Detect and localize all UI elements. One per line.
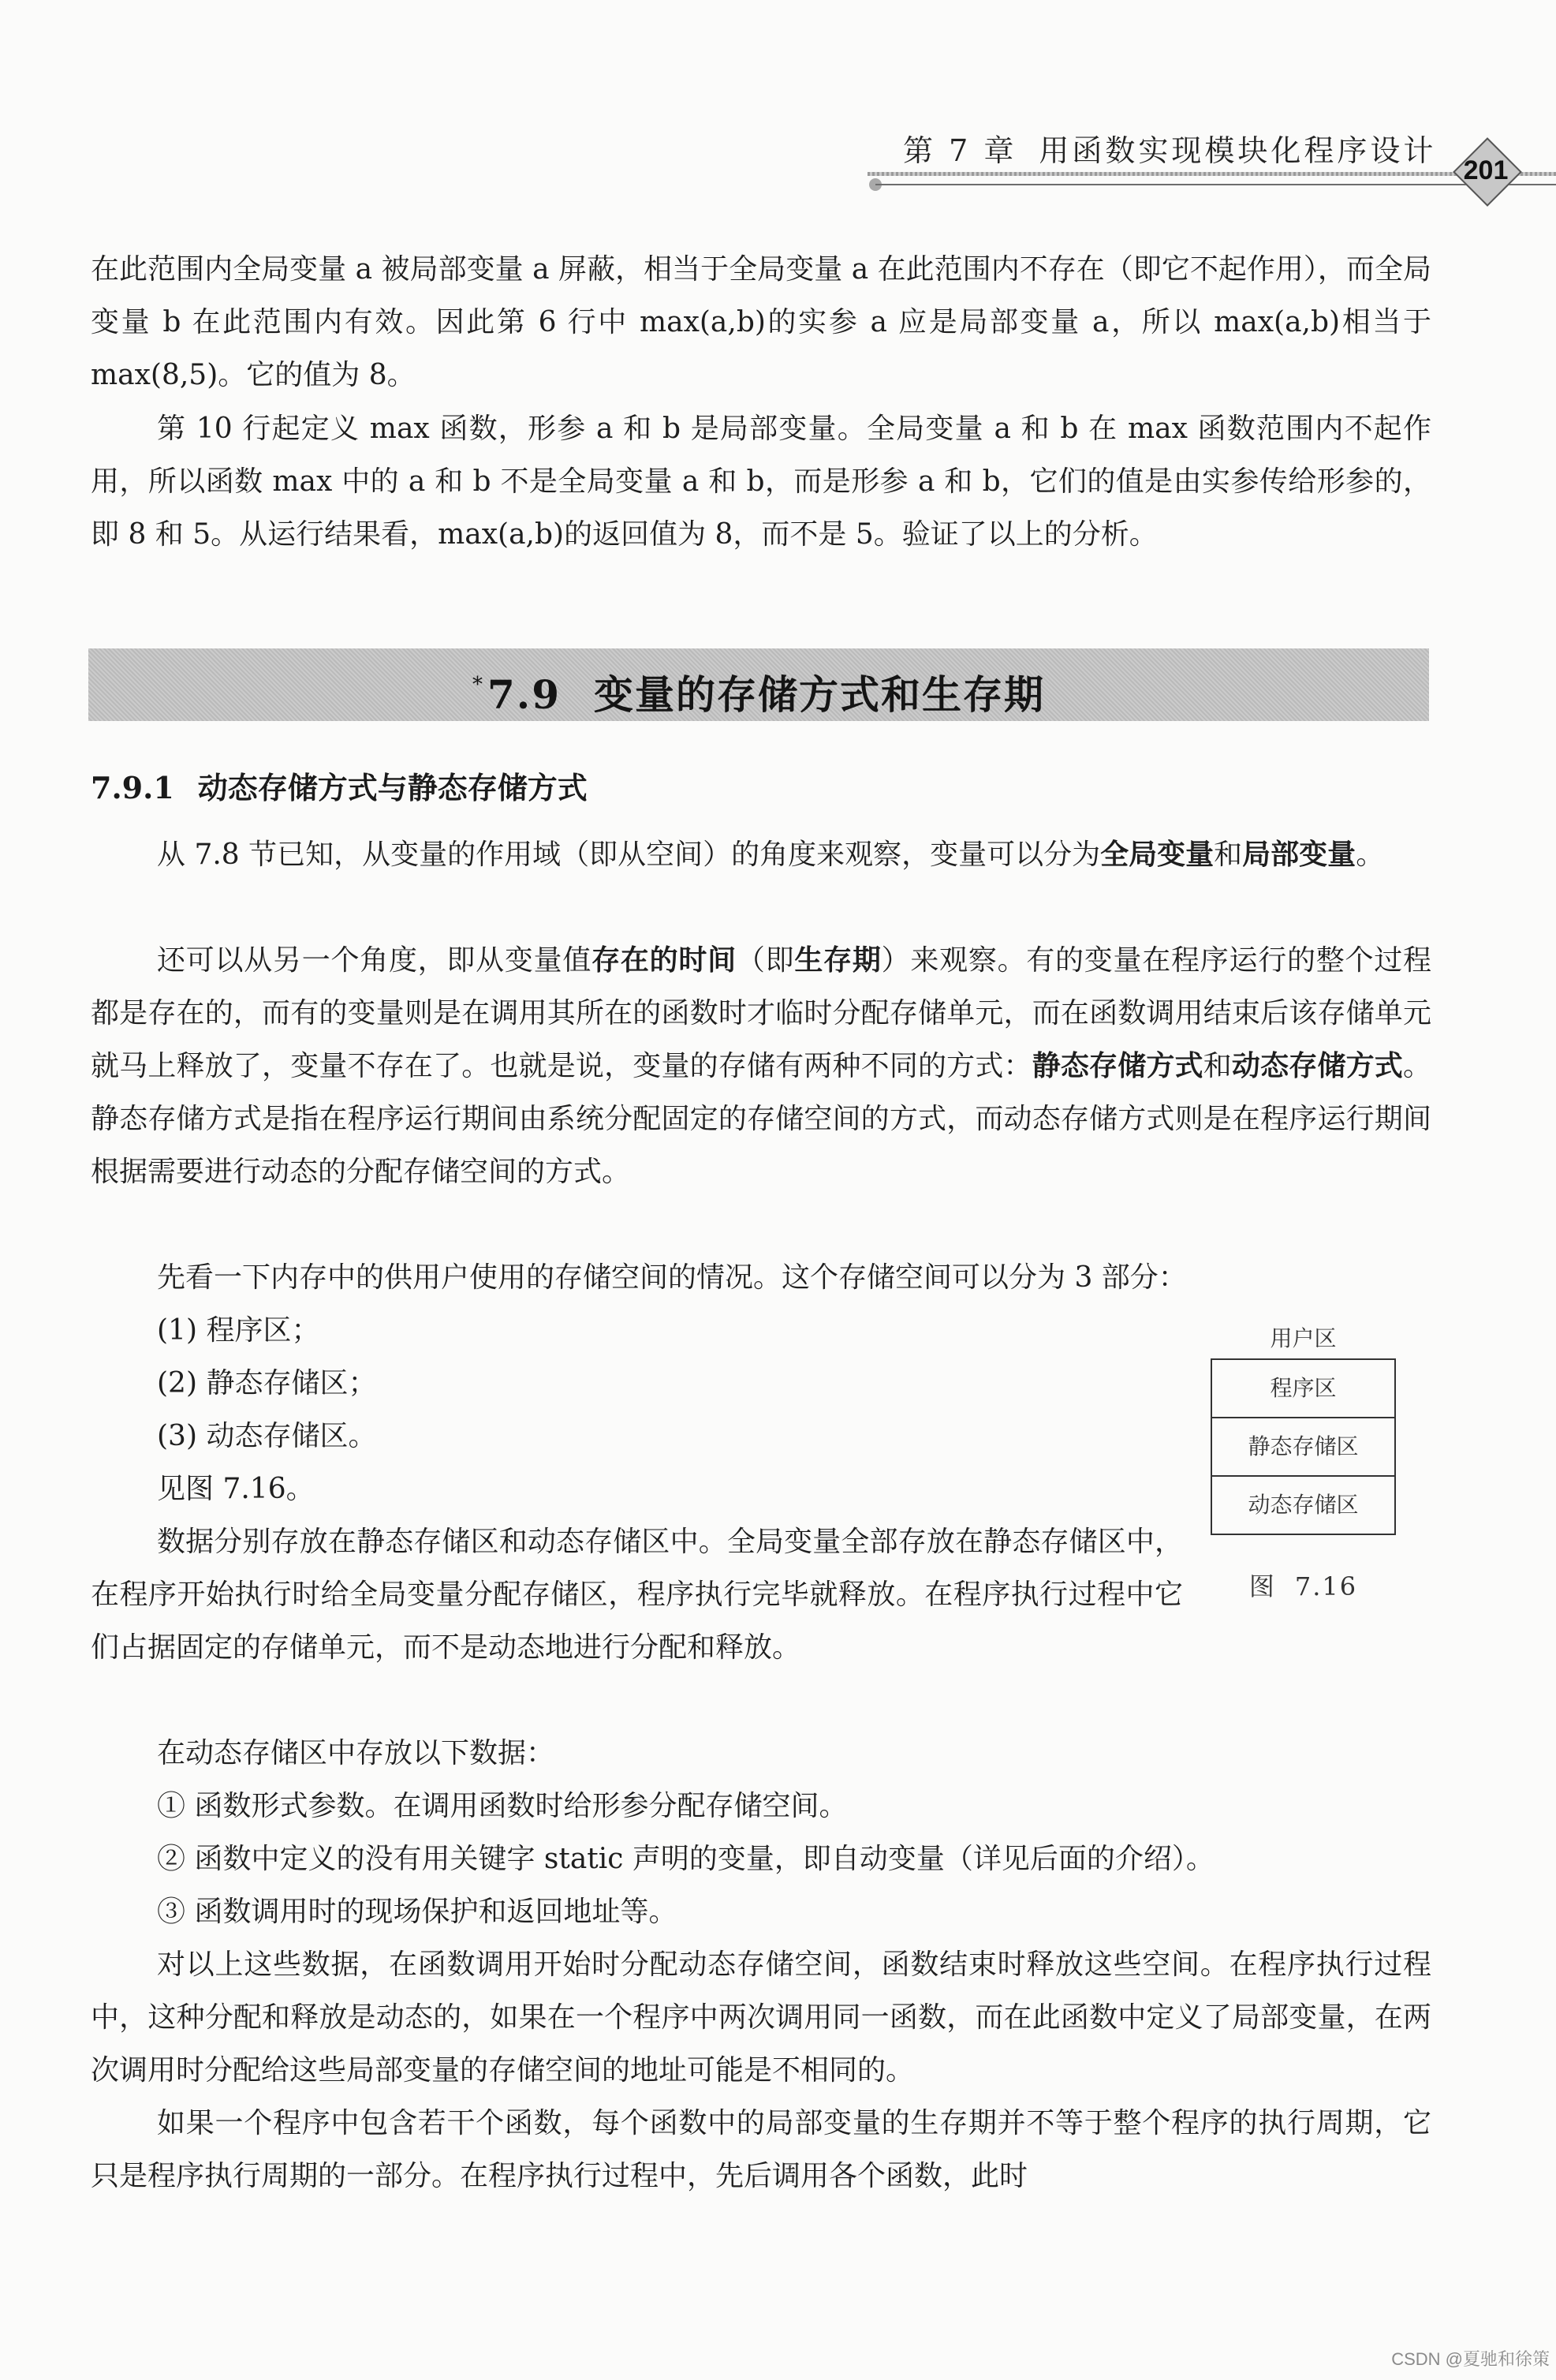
optional-section-marker: * — [472, 673, 484, 697]
text-run: （即 — [737, 944, 795, 977]
figure-caption-label: 图 — [1249, 1571, 1276, 1601]
term-global-variable: 全局变量 — [1100, 839, 1214, 871]
chapter-number: 第 7 章 — [903, 133, 1017, 168]
term-lifetime: 生存期 — [794, 944, 881, 977]
term-dynamic-storage: 动态存储方式 — [1232, 1050, 1403, 1082]
chapter-name: 用函数实现模块化程序设计 — [1039, 133, 1436, 168]
list-item: ② 函数中定义的没有用关键字 static 声明的变量，即自动变量（详见后面的介… — [91, 1833, 1431, 1885]
body-paragraph-6: 对以上这些数据，在函数调用开始时分配动态存储空间，函数结束时释放这些空间。在程序… — [91, 1938, 1431, 2097]
body-paragraph-3-block: 先看一下内存中的供用户使用的存储空间的情况。这个存储空间可以分为 3 部分： — [91, 1251, 1431, 1304]
page-number: 201 — [1453, 138, 1518, 203]
body-paragraph-7: 如果一个程序中包含若干个函数，每个函数中的局部变量的生存期并不等于整个程序的执行… — [91, 2097, 1431, 2203]
text-run: 还可以从另一个角度，即从变量值 — [157, 944, 591, 977]
subsection-number: 7.9.1 — [91, 770, 174, 805]
intro-paragraph-2-block: 第 10 行起定义 max 函数，形参 a 和 b 是局部变量。全局变量 a 和… — [91, 402, 1431, 561]
figure-top-label: 用户区 — [1211, 1319, 1396, 1358]
memory-region-program: 程序区 — [1212, 1360, 1394, 1418]
subsection-title: 动态存储方式与静态存储方式 — [198, 771, 588, 805]
body-paragraph-3: 先看一下内存中的供用户使用的存储空间的情况。这个存储空间可以分为 3 部分： — [91, 1251, 1431, 1304]
body-paragraph-4: 数据分别存放在静态存储区和动态存储区中。全局变量全部存放在静态存储区中，在程序开… — [91, 1515, 1183, 1674]
figure-7-16: 用户区 程序区 静态存储区 动态存储区 图7.16 — [1211, 1319, 1396, 1603]
term-existence-time: 存在的时间 — [591, 944, 737, 977]
body-paragraph-1: 从 7.8 节已知，从变量的作用域（即从空间）的角度来观察，变量可以分为全局变量… — [91, 828, 1431, 881]
page-number-badge: 201 — [1453, 138, 1518, 203]
body-paragraph-2-block: 还可以从另一个角度，即从变量值存在的时间（即生存期）来观察。有的变量在程序运行的… — [91, 934, 1431, 1198]
term-local-variable: 局部变量 — [1242, 839, 1356, 871]
intro-paragraph-2: 第 10 行起定义 max 函数，形参 a 和 b 是局部变量。全局变量 a 和… — [91, 402, 1431, 561]
list-item: ① 函数形式参数。在调用函数时给形参分配存储空间。 — [91, 1780, 1431, 1833]
section-number: 7.9 — [487, 671, 561, 718]
intro-paragraph-1: 在此范围内全局变量 a 被局部变量 a 屏蔽，相当于全局变量 a 在此范围内不存… — [91, 243, 1431, 402]
memory-region-static: 静态存储区 — [1212, 1418, 1394, 1477]
figure-caption-number: 7.16 — [1295, 1571, 1357, 1601]
body-paragraph-5: 在动态存储区中存放以下数据： — [91, 1727, 1431, 1780]
figure-caption: 图7.16 — [1211, 1567, 1396, 1603]
text-run: 和 — [1214, 839, 1242, 871]
section-heading-bar: *7.9变量的存储方式和生存期 — [88, 648, 1429, 721]
list-item: ③ 函数调用时的现场保护和返回地址等。 — [91, 1885, 1431, 1938]
body-paragraph-1-block: 从 7.8 节已知，从变量的作用域（即从空间）的角度来观察，变量可以分为全局变量… — [91, 828, 1431, 881]
text-run: 和 — [1203, 1050, 1232, 1082]
list-item: (3) 动态存储区。 — [91, 1410, 1183, 1463]
body-paragraph-2: 还可以从另一个角度，即从变量值存在的时间（即生存期）来观察。有的变量在程序运行的… — [91, 934, 1431, 1198]
list-item: (2) 静态存储区； — [91, 1357, 1183, 1410]
see-figure-text: 见图 7.16。 — [91, 1463, 1183, 1515]
page-header: 第 7 章用函数实现模块化程序设计 201 — [0, 0, 1556, 221]
term-static-storage: 静态存储方式 — [1032, 1050, 1203, 1082]
memory-layout-diagram: 程序区 静态存储区 动态存储区 — [1211, 1358, 1396, 1535]
section-title: 变量的存储方式和生存期 — [594, 672, 1045, 718]
text-run: 。 — [1356, 839, 1384, 871]
section-heading: *7.9变量的存储方式和生存期 — [88, 648, 1429, 721]
subsection-heading: 7.9.1动态存储方式与静态存储方式 — [91, 764, 588, 807]
list-item: (1) 程序区； — [91, 1304, 1183, 1357]
memory-region-dynamic: 动态存储区 — [1212, 1477, 1394, 1534]
chapter-title: 第 7 章用函数实现模块化程序设计 — [903, 126, 1436, 170]
intro-paragraph-1-block: 在此范围内全局变量 a 被局部变量 a 屏蔽，相当于全局变量 a 在此范围内不存… — [91, 243, 1431, 402]
dynamic-storage-block: 在动态存储区中存放以下数据： ① 函数形式参数。在调用函数时给形参分配存储空间。… — [91, 1727, 1431, 2203]
text-run: 从 7.8 节已知，从变量的作用域（即从空间）的角度来观察，变量可以分为 — [157, 839, 1100, 871]
watermark: CSDN @夏驰和徐策 — [1391, 2346, 1550, 2371]
memory-parts-list: (1) 程序区； (2) 静态存储区； (3) 动态存储区。 见图 7.16。 … — [91, 1304, 1183, 1674]
